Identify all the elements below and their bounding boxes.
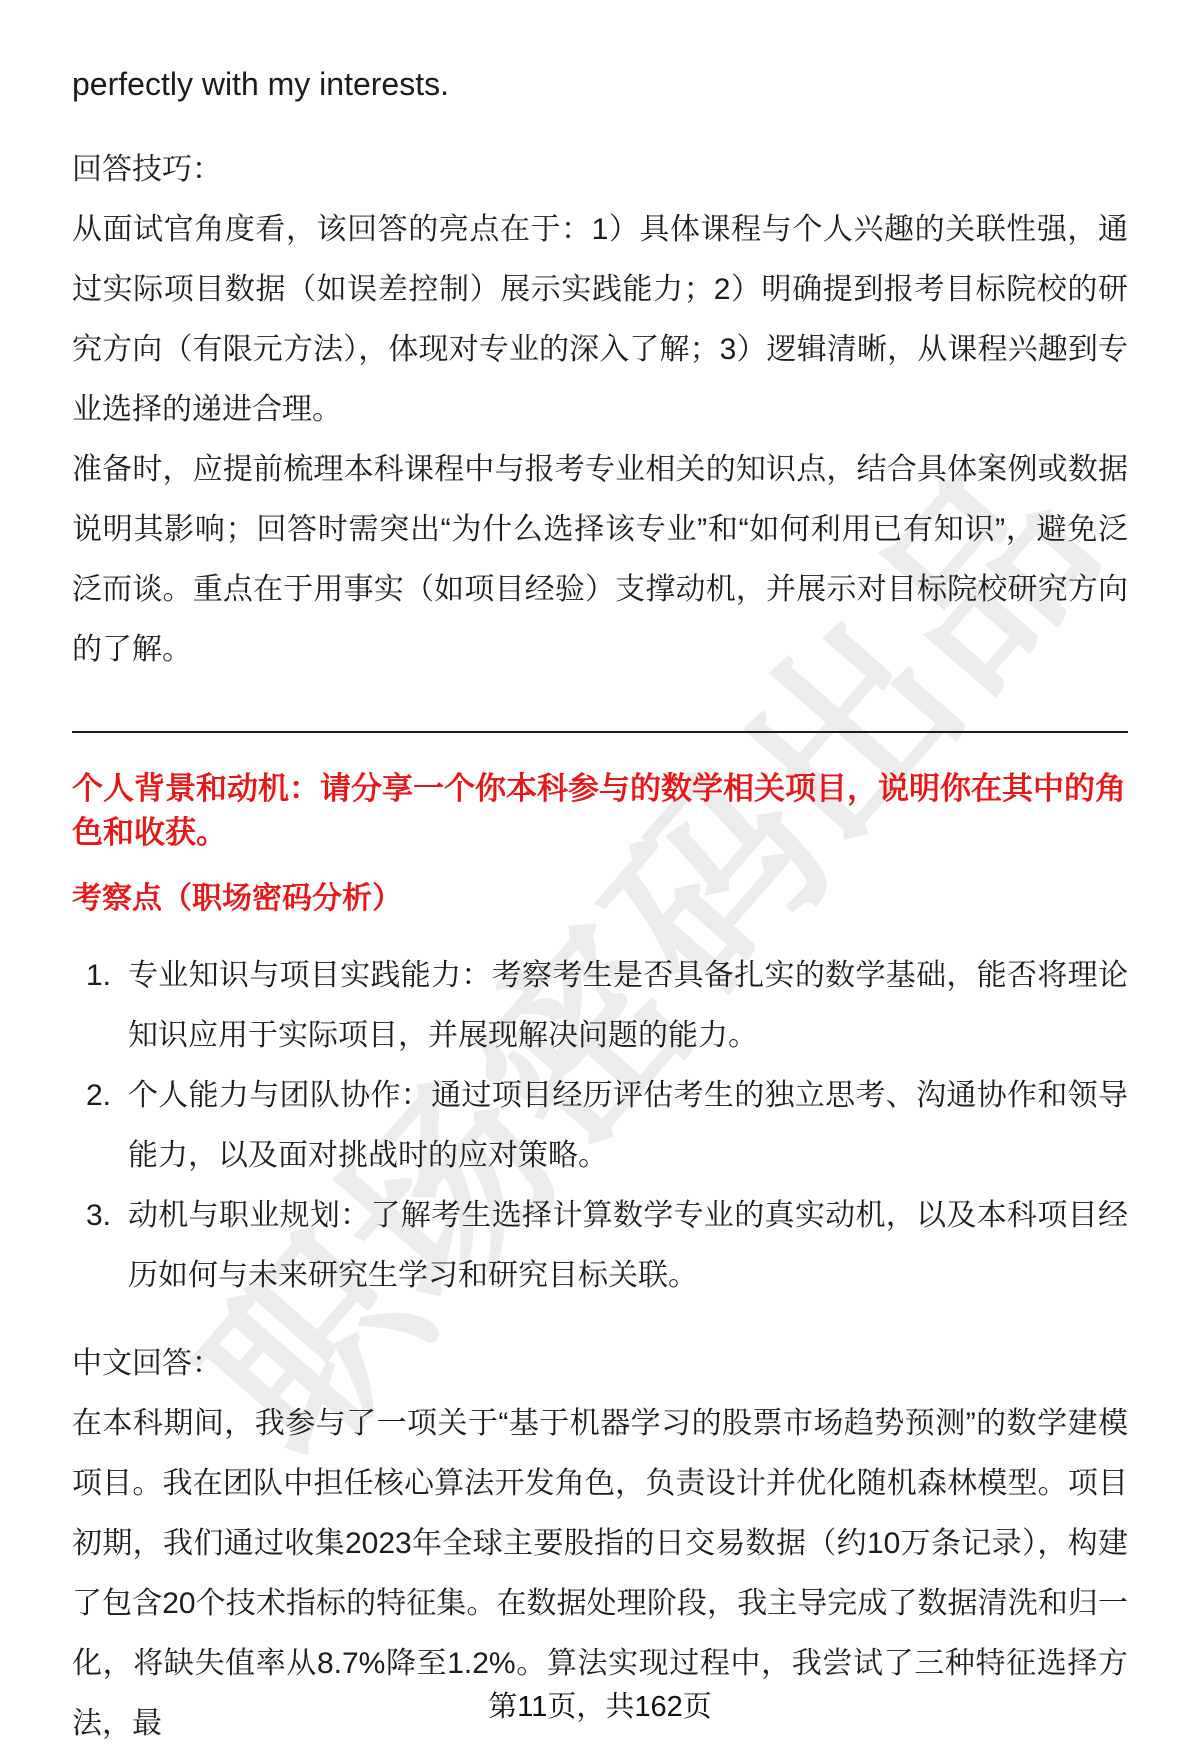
- list-item-number: 1.: [86, 946, 128, 1066]
- list-item: 2. 个人能力与团队协作：通过项目经历评估考生的独立思考、沟通协作和领导能力，以…: [72, 1066, 1128, 1186]
- list-item-number: 2.: [86, 1066, 128, 1186]
- answer-tips-label: 回答技巧：: [72, 140, 1128, 200]
- list-item-text: 动机与职业规划：了解考生选择计算数学专业的真实动机，以及本科项目经历如何与未来研…: [128, 1186, 1128, 1306]
- tips-paragraph-2: 准备时，应提前梳理本科课程中与报考专业相关的知识点，结合具体案例或数据说明其影响…: [72, 440, 1128, 680]
- tips-paragraph-1: 从面试官角度看，该回答的亮点在于：1）具体课程与个人兴趣的关联性强，通过实际项目…: [72, 200, 1128, 440]
- assessment-points-list: 1. 专业知识与项目实践能力：考察考生是否具备扎实的数学基础，能否将理论知识应用…: [72, 946, 1128, 1306]
- document-page: 职场密码出品 perfectly with my interests. 回答技巧…: [0, 0, 1200, 1755]
- page-content: perfectly with my interests. 回答技巧： 从面试官角…: [72, 54, 1128, 1754]
- section-divider: [72, 731, 1128, 733]
- list-item-text: 专业知识与项目实践能力：考察考生是否具备扎实的数学基础，能否将理论知识应用于实际…: [128, 946, 1128, 1066]
- analysis-section-heading: 考察点（职场密码分析）: [72, 877, 1128, 921]
- chinese-answer-label: 中文回答：: [72, 1334, 1128, 1394]
- question-heading: 个人背景和动机：请分享一个你本科参与的数学相关项目，说明你在其中的角色和收获。: [72, 767, 1128, 855]
- english-closing-line: perfectly with my interests.: [72, 54, 1128, 114]
- list-item-number: 3.: [86, 1186, 128, 1306]
- page-number-footer: 第11页，共162页: [0, 1690, 1200, 1724]
- list-item-text: 个人能力与团队协作：通过项目经历评估考生的独立思考、沟通协作和领导能力，以及面对…: [128, 1066, 1128, 1186]
- list-item: 1. 专业知识与项目实践能力：考察考生是否具备扎实的数学基础，能否将理论知识应用…: [72, 946, 1128, 1066]
- list-item: 3. 动机与职业规划：了解考生选择计算数学专业的真实动机，以及本科项目经历如何与…: [72, 1186, 1128, 1306]
